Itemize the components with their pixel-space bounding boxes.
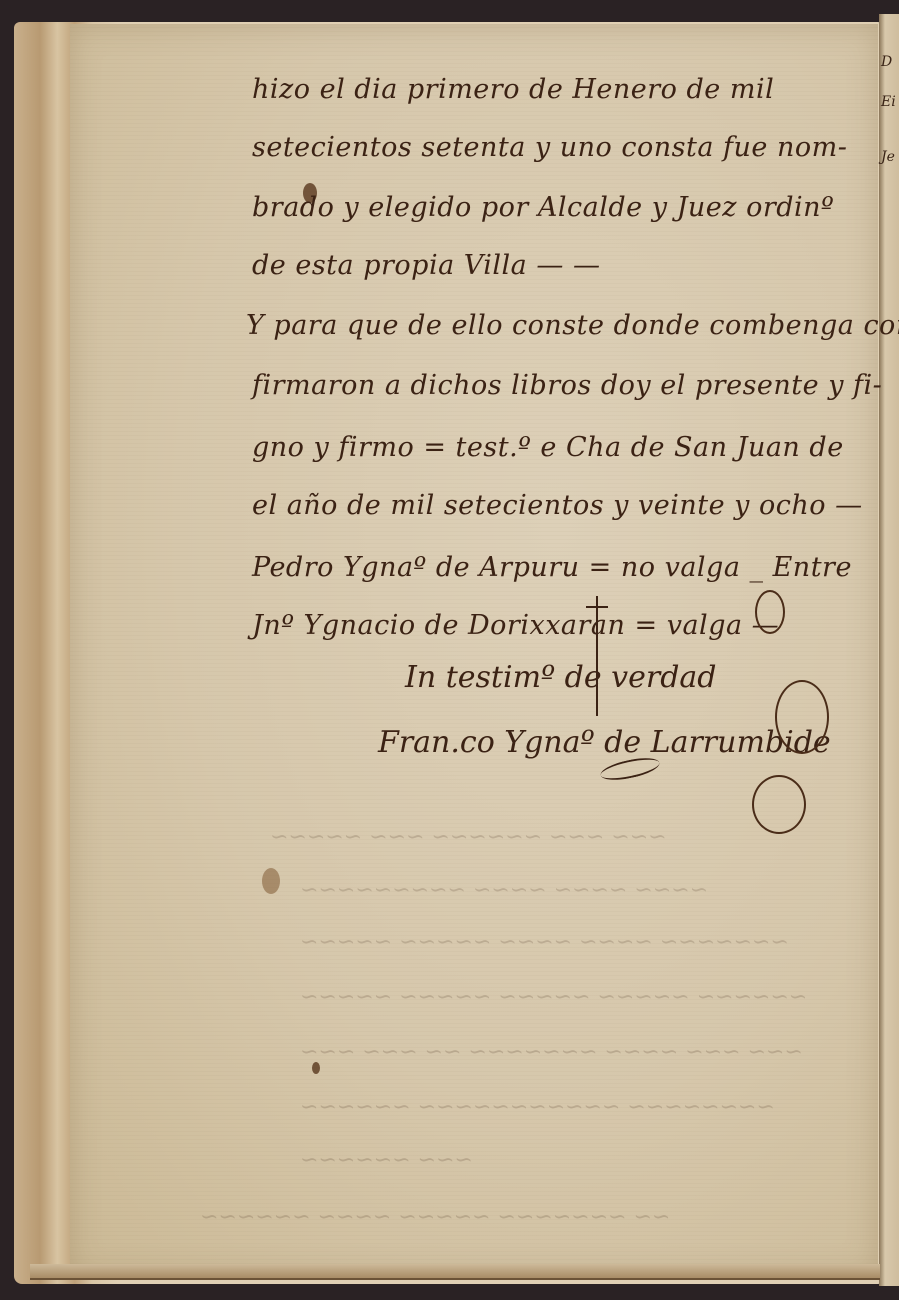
signature-notary: Fran.co Ygnaº de Larrumbide: [378, 725, 831, 760]
signature-flourish: [755, 590, 785, 634]
text-line: Pedro Ygnaº de Arpuru = no valga _ Entre: [252, 552, 852, 583]
signature-flourish: [752, 775, 806, 834]
text-line: firmaron a dichos libros doy el presente…: [252, 370, 882, 401]
bleed-through-text: ~~~ ~~~ ~~~~~~ ~~~ ~~~~~: [270, 825, 667, 850]
bleed-through-text: ~~~~~~~ ~~~~ ~~~~ ~~~~~ ~~~~~: [300, 930, 789, 955]
text-line: setecientos setenta y uno consta fue nom…: [252, 132, 847, 163]
text-line: Jnº Ygnacio de Dorixxaran = valga —: [252, 610, 779, 641]
text-line: de esta propia Villa — —: [252, 250, 600, 281]
text-line: hizo el dia primero de Henero de mil: [252, 74, 774, 105]
bleed-through-text: ~~~~ ~~~~ ~~~~ ~~~~~~~~~: [300, 878, 708, 903]
bleed-through-text: ~~~~~~~~ ~~~~~~~~~~~ ~~~~~~: [300, 1095, 775, 1120]
bleed-through-text: ~~ ~~~~~~~ ~~~~~ ~~~~ ~~~~~~: [200, 1205, 670, 1230]
ink-blot: [312, 1062, 320, 1074]
text-line: Y para que de ello conste donde combenga…: [246, 310, 899, 341]
signature-testimony: In testimº de verdad: [405, 660, 716, 695]
notary-cross-mark: [596, 596, 598, 716]
signature-flourish: [775, 680, 829, 754]
ink-blot: [262, 868, 280, 894]
text-line: el año de mil setecientos y veinte y och…: [252, 490, 863, 521]
facing-page-fragment: Je: [881, 149, 895, 165]
bleed-through-text: ~~~~~~ ~~~~~ ~~~~~ ~~~~~ ~~~~~: [300, 985, 807, 1010]
notary-cross-bar: [586, 606, 608, 608]
facing-page: D Ei Je: [879, 14, 899, 1286]
page-bottom-edge: [30, 1264, 880, 1280]
facing-page-fragment: D: [881, 54, 892, 70]
text-line: gno y firmo = test.º e Cha de San Juan d…: [252, 432, 844, 463]
bleed-through-text: ~~~ ~~~~~~: [300, 1148, 473, 1173]
facing-page-fragment: Ei: [881, 94, 896, 110]
text-line: brado y elegido por Alcalde y Juez ordin…: [252, 192, 834, 223]
bleed-through-text: ~~~ ~~~ ~~~~ ~~~~~~~ ~~ ~~~ ~~~: [300, 1040, 803, 1065]
